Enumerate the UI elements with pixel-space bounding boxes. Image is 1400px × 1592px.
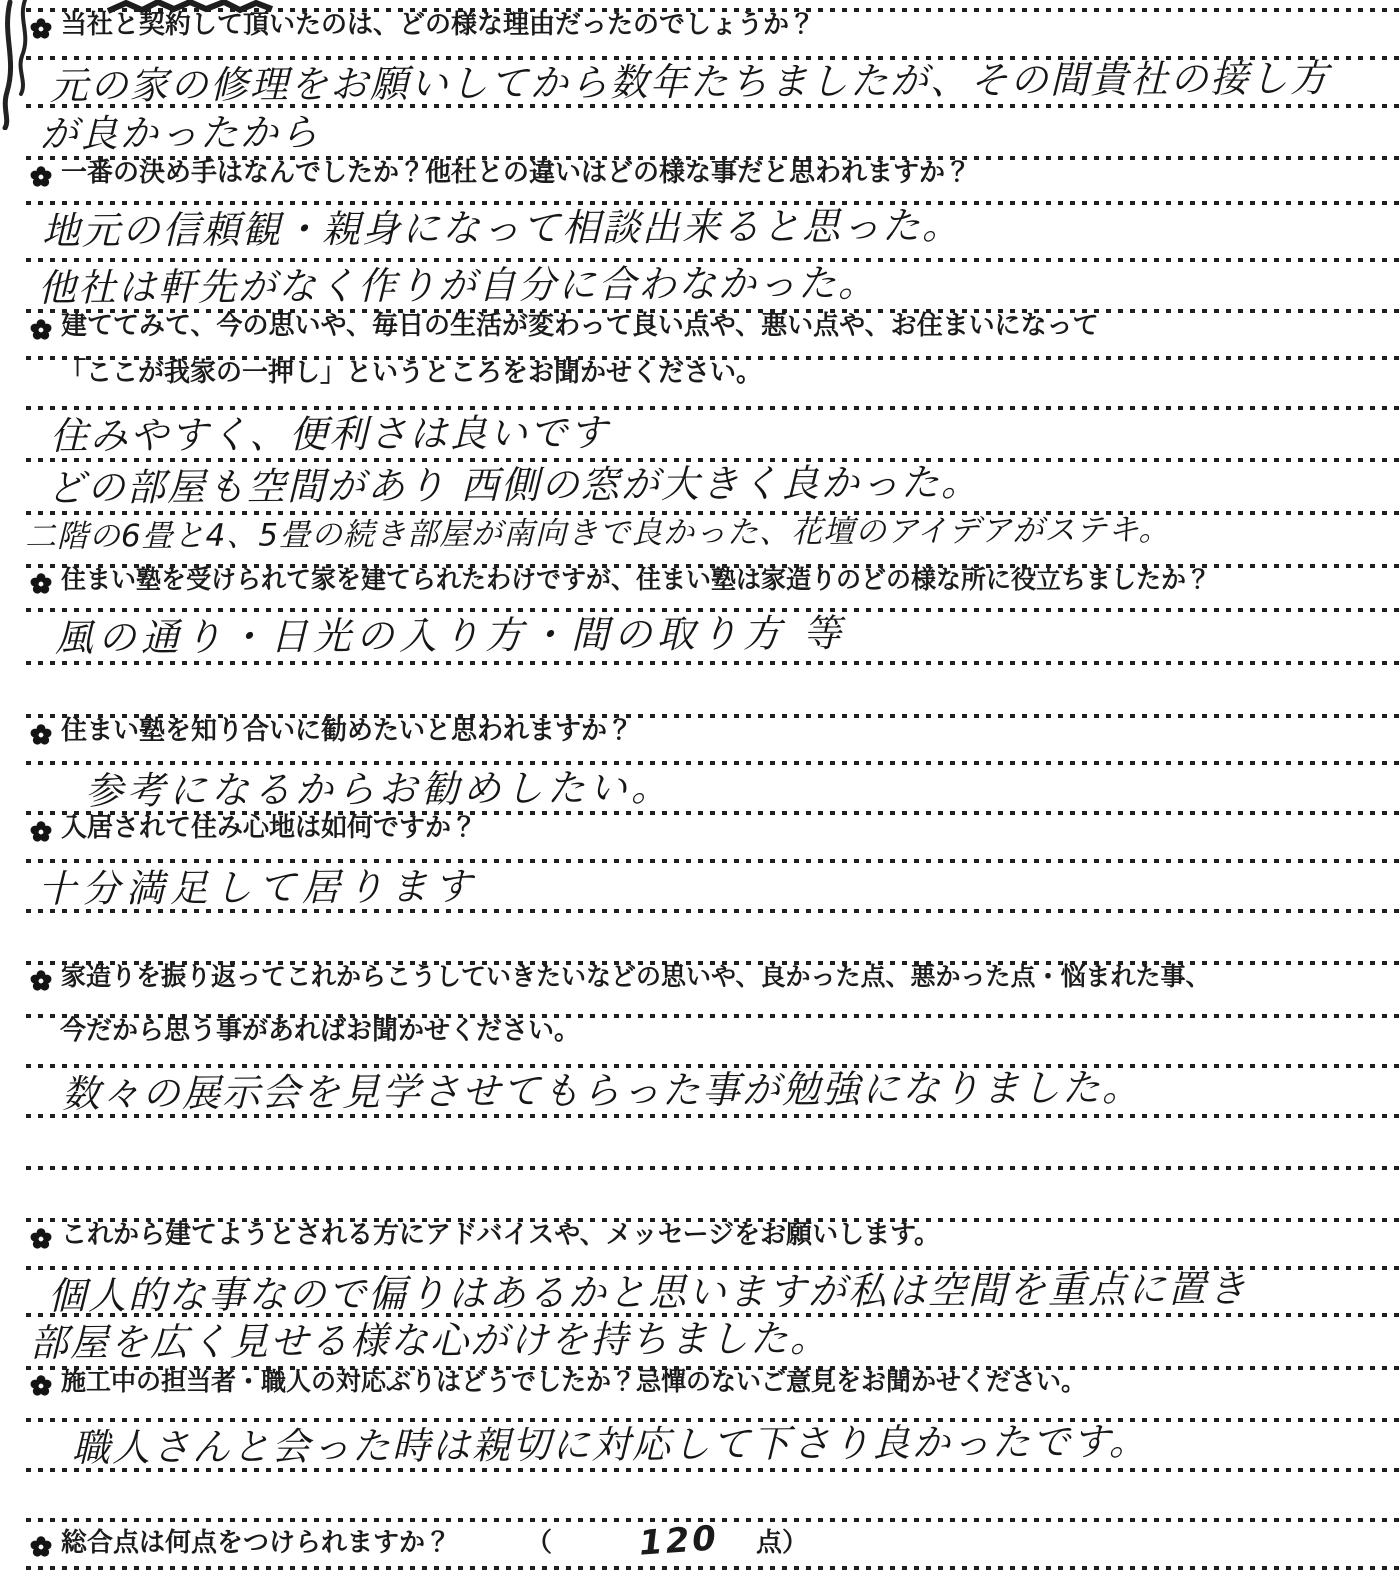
- answer-row: 参考になるからお勧めしたい。: [0, 765, 1400, 815]
- score-paren-open: （: [526, 1530, 552, 1556]
- answer-3-line-1: 住みやすく、便利さは良いです: [50, 402, 1400, 455]
- answer-row: 数々の展示会を見学させてもらった事が勉強になりました。: [0, 1068, 1400, 1118]
- answer-row: 十分満足して居ります: [0, 863, 1400, 913]
- flower-marker-icon: [30, 821, 52, 843]
- flower-marker-icon: [30, 166, 52, 188]
- question-6-text: 入居されて住み心地は如何ですか？: [61, 815, 477, 841]
- question-2-text: 一番の決め手はなんでしたか？他社との違いはどの様な事だと思われますか？: [61, 160, 971, 186]
- blank-row: [0, 1570, 1400, 1592]
- answer-5-line-1: 参考になるからお勧めしたい。: [85, 757, 1400, 810]
- blank-row: [0, 913, 1400, 965]
- score-value: 120: [638, 1521, 720, 1560]
- flower-marker-icon: [30, 319, 52, 341]
- answer-2-line-1: 地元の信頼観・親身になって相談出来ると思った。: [42, 197, 1400, 250]
- question-4-text: 住まい塾を受けられて家を建てられたわけですが、住まい塾は家造りのどの様な所に役立…: [61, 568, 1211, 593]
- questionnaire-page: 当社と契約して頂いたのは、どの様な理由だったのでしょうか？ 元の家の修理をお願い…: [0, 0, 1400, 1592]
- answer-row: 他社は軒先がなく作りが自分に合わなかった。: [0, 262, 1400, 313]
- answer-3-line-3: 二階の6畳と4、5畳の続き部屋が南向きで良かった、花壇のアイデアがステキ。: [25, 507, 1400, 553]
- flower-marker-icon: [30, 1375, 52, 1397]
- question-row-3: 建ててみて、今の思いや、毎日の生活が変わって良い点や、悪い点や、お住まいになって: [0, 313, 1400, 360]
- answer-row: 二階の6畳と4、5畳の続き部屋が南向きで良かった、花壇のアイデアがステキ。: [0, 515, 1400, 568]
- question-1-text: 当社と契約して頂いたのは、どの様な理由だったのでしょうか？: [61, 12, 815, 38]
- flower-marker-icon: [30, 18, 52, 40]
- blank-row: [0, 1118, 1400, 1170]
- answer-9-line-1: 職人さんと会った時は親切に対応して下さり良かったです。: [72, 1414, 1400, 1467]
- answer-8-line-2: 部屋を広く見せる様な心がけを持ちました。: [30, 1309, 1400, 1362]
- answer-7-line-1: 数々の展示会を見学させてもらった事が勉強になりました。: [62, 1060, 1400, 1113]
- question-7-line-1: 家造りを振り返ってこれからこうしていきたいなどの思いや、良かった点、悪かった点・…: [61, 965, 1211, 990]
- answer-8-line-1: 個人的な事なので偏りはあるかと思いますが私は空間を重点に置き: [48, 1262, 1400, 1315]
- answer-6-line-1: 十分満足して居ります: [38, 855, 1400, 908]
- answer-1-line-2: が良かったから: [40, 100, 1400, 153]
- question-9-text: 施工中の担当者・職人の対応ぶりはどうでしたか？忌憚のないご意見をお聞かせください…: [61, 1370, 1086, 1395]
- question-10-text: 総合点は何点をつけられますか？: [61, 1530, 451, 1556]
- flower-marker-icon: [30, 970, 52, 992]
- blank-row: [0, 1170, 1400, 1222]
- answer-row: が良かったから: [0, 108, 1400, 160]
- flower-marker-icon: [30, 1228, 52, 1250]
- flower-marker-icon: [30, 573, 52, 595]
- flower-marker-icon: [30, 724, 52, 746]
- blank-row: [0, 1472, 1400, 1522]
- answer-row: 地元の信頼観・親身になって相談出来ると思った。: [0, 205, 1400, 262]
- question-row-7: 家造りを振り返ってこれからこうしていきたいなどの思いや、良かった点、悪かった点・…: [0, 965, 1400, 1018]
- answer-row: 部屋を広く見せる様な心がけを持ちました。: [0, 1317, 1400, 1370]
- answer-3-line-2: どの部屋も空間があり 西側の窓が大きく良かった。: [47, 454, 1400, 507]
- question-7-line-2: 今だから思う事があればお聞かせください。: [60, 1016, 580, 1045]
- question-5-text: 住まい塾を知り合いに勧めたいと思われますか？: [61, 718, 633, 744]
- question-3-line-1: 建ててみて、今の思いや、毎日の生活が変わって良い点や、悪い点や、お住まいになって: [61, 313, 1099, 339]
- question-row-10: 総合点は何点をつけられますか？ （ 120 点）: [0, 1522, 1400, 1570]
- answer-2-line-2: 他社は軒先がなく作りが自分に合わなかった。: [38, 254, 1400, 307]
- flower-marker-icon: [30, 1536, 52, 1558]
- answer-row: 風の通り・日光の入り方・間の取り方 等: [0, 612, 1400, 665]
- answer-4-line-1: 風の通り・日光の入り方・間の取り方 等: [55, 604, 1400, 657]
- score-unit-close: 点）: [756, 1530, 808, 1556]
- question-3-line-2: 「ここが我家の一押し」というところをお聞かせください。: [60, 358, 762, 387]
- blank-row: [0, 665, 1400, 718]
- question-8-text: これから建てようとされる方にアドバイスや、メッセージをお願いします。: [61, 1222, 940, 1248]
- answer-row: 職人さんと会った時は親切に対応して下さり良かったです。: [0, 1422, 1400, 1472]
- answer-1-line-1: 元の家の修理をお願いしてから数年たちましたが、その間貴社の接し方: [50, 52, 1400, 105]
